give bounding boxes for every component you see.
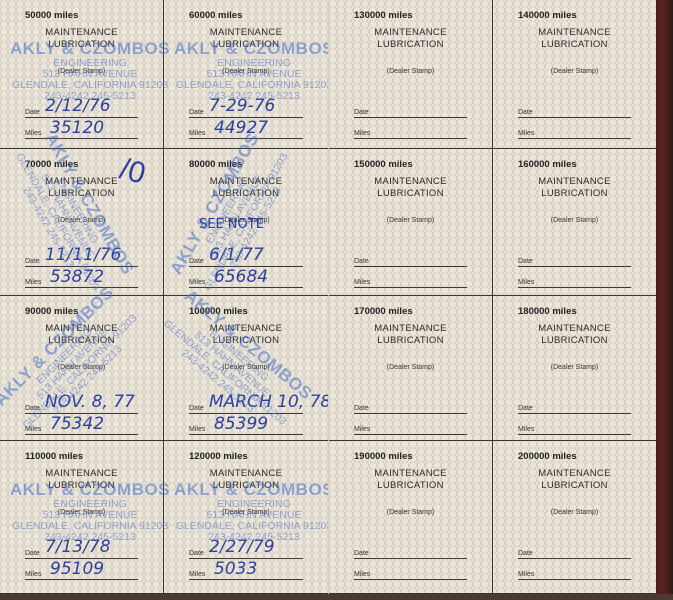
- title-line-2: LUBRICATION: [0, 480, 163, 492]
- service-entry: 90000 miles MAINTENANCE LUBRICATION (Dea…: [0, 296, 164, 441]
- title-line-1: MAINTENANCE: [329, 27, 492, 39]
- miles-label: Miles: [518, 426, 534, 433]
- date-field: Date: [518, 252, 631, 267]
- title-line-2: LUBRICATION: [493, 188, 656, 200]
- handwritten-miles: 65684: [214, 267, 268, 287]
- date-label: Date: [189, 550, 204, 557]
- mileage-heading: 70000 miles: [25, 159, 78, 170]
- title-line-1: MAINTENANCE: [493, 323, 656, 335]
- service-title: MAINTENANCE LUBRICATION: [0, 27, 163, 51]
- miles-label: Miles: [189, 426, 205, 433]
- date-label: Date: [189, 258, 204, 265]
- mileage-heading: 180000 miles: [518, 306, 577, 317]
- service-entry: 120000 miles MAINTENANCE LUBRICATION (De…: [164, 441, 328, 594]
- title-line-1: MAINTENANCE: [329, 176, 492, 188]
- date-label: Date: [354, 258, 369, 265]
- handwritten-date: MARCH 10, 78: [209, 392, 331, 412]
- stamp-line-4: GLENDALE, CALIFORNIA 91203: [174, 80, 334, 91]
- service-title: MAINTENANCE LUBRICATION: [164, 176, 328, 200]
- title-line-2: LUBRICATION: [329, 335, 492, 347]
- service-entry: 110000 miles MAINTENANCE LUBRICATION (De…: [0, 441, 164, 594]
- handwritten-date: 6/1/77: [209, 245, 264, 265]
- dealer-stamp-label: (Dealer Stamp): [164, 68, 328, 75]
- date-label: Date: [25, 109, 40, 116]
- service-entry: 70000 miles MAINTENANCE LUBRICATION (Dea…: [0, 149, 164, 296]
- service-entry: 200000 miles MAINTENANCE LUBRICATION (De…: [493, 441, 657, 594]
- handwritten-date: 11/11/76: [45, 245, 121, 265]
- date-field: Date: [518, 103, 631, 118]
- date-field: Date: [354, 399, 467, 414]
- title-line-2: LUBRICATION: [164, 188, 328, 200]
- dealer-stamp-label: (Dealer Stamp): [493, 68, 656, 75]
- miles-label: Miles: [354, 426, 370, 433]
- handwritten-date: 2/27/79: [209, 537, 275, 557]
- mileage-heading: 60000 miles: [189, 10, 242, 21]
- miles-field: Miles: [354, 420, 467, 435]
- handwritten-date: 7/13/78: [45, 537, 111, 557]
- service-entry: 170000 miles MAINTENANCE LUBRICATION (De…: [329, 296, 493, 441]
- title-line-1: MAINTENANCE: [0, 323, 163, 335]
- service-entry: 100000 miles MAINTENANCE LUBRICATION (De…: [164, 296, 328, 441]
- service-title: MAINTENANCE LUBRICATION: [164, 468, 328, 492]
- title-line-1: MAINTENANCE: [164, 468, 328, 480]
- mileage-heading: 50000 miles: [25, 10, 78, 21]
- stamp-line-4: GLENDALE, CALIFORNIA 91203: [10, 80, 170, 91]
- miles-label: Miles: [518, 571, 534, 578]
- miles-label: Miles: [354, 130, 370, 137]
- service-title: MAINTENANCE LUBRICATION: [493, 176, 656, 200]
- title-line-1: MAINTENANCE: [329, 468, 492, 480]
- right-page-grid: 130000 miles MAINTENANCE LUBRICATION (De…: [329, 0, 657, 594]
- title-line-1: MAINTENANCE: [493, 176, 656, 188]
- date-label: Date: [25, 258, 40, 265]
- dealer-stamp-label: (Dealer Stamp): [0, 68, 163, 75]
- right-page: 130000 miles MAINTENANCE LUBRICATION (De…: [328, 0, 657, 594]
- date-label: Date: [518, 258, 533, 265]
- date-label: Date: [25, 550, 40, 557]
- handwritten-miles: 75342: [50, 414, 104, 434]
- mileage-heading: 110000 miles: [25, 451, 83, 462]
- date-label: Date: [354, 109, 369, 116]
- service-title: MAINTENANCE LUBRICATION: [0, 468, 163, 492]
- service-title: MAINTENANCE LUBRICATION: [493, 468, 656, 492]
- title-line-2: LUBRICATION: [493, 39, 656, 51]
- miles-field: Miles: [354, 273, 467, 288]
- miles-label: Miles: [518, 130, 534, 137]
- left-page: 50000 miles MAINTENANCE LUBRICATION (Dea…: [0, 0, 328, 594]
- miles-label: Miles: [189, 571, 205, 578]
- date-label: Date: [354, 550, 369, 557]
- mileage-heading: 150000 miles: [354, 159, 413, 170]
- dealer-stamp-label: (Dealer Stamp): [329, 509, 492, 516]
- service-entry: 150000 miles MAINTENANCE LUBRICATION (De…: [329, 149, 493, 296]
- service-title: MAINTENANCE LUBRICATION: [493, 27, 656, 51]
- service-entry: 50000 miles MAINTENANCE LUBRICATION (Dea…: [0, 0, 164, 149]
- miles-label: Miles: [354, 571, 370, 578]
- miles-field: Miles: [354, 565, 467, 580]
- date-field: Date: [518, 399, 631, 414]
- title-line-2: LUBRICATION: [493, 335, 656, 347]
- mileage-heading: 120000 miles: [189, 451, 248, 462]
- service-entry: 80000 miles MAINTENANCE LUBRICATION (Dea…: [164, 149, 328, 296]
- mileage-heading: 190000 miles: [354, 451, 413, 462]
- date-label: Date: [25, 405, 40, 412]
- miles-label: Miles: [25, 130, 41, 137]
- date-label: Date: [518, 109, 533, 116]
- miles-field: Miles: [518, 565, 631, 580]
- service-entry: 140000 miles MAINTENANCE LUBRICATION (De…: [493, 0, 657, 149]
- dealer-stamp-label: (Dealer Stamp): [493, 217, 656, 224]
- dealer-stamp-label: (Dealer Stamp): [164, 364, 328, 371]
- service-title: MAINTENANCE LUBRICATION: [329, 27, 492, 51]
- service-title: MAINTENANCE LUBRICATION: [164, 323, 328, 347]
- dealer-stamp-label: (Dealer Stamp): [329, 217, 492, 224]
- date-label: Date: [518, 405, 533, 412]
- handwritten-note: SEE NOTE: [199, 217, 264, 232]
- miles-field: Miles: [354, 124, 467, 139]
- title-line-2: LUBRICATION: [0, 39, 163, 51]
- miles-label: Miles: [354, 279, 370, 286]
- handwritten-miles: 5033: [214, 559, 257, 579]
- service-title: MAINTENANCE LUBRICATION: [493, 323, 656, 347]
- miles-field: Miles: [518, 420, 631, 435]
- service-entry: 60000 miles MAINTENANCE LUBRICATION (Dea…: [164, 0, 328, 149]
- service-entry: 180000 miles MAINTENANCE LUBRICATION (De…: [493, 296, 657, 441]
- date-field: Date: [354, 252, 467, 267]
- dealer-stamp-label: (Dealer Stamp): [0, 364, 163, 371]
- service-entry: 160000 miles MAINTENANCE LUBRICATION (De…: [493, 149, 657, 296]
- service-entry: 130000 miles MAINTENANCE LUBRICATION (De…: [329, 0, 493, 149]
- title-line-2: LUBRICATION: [493, 480, 656, 492]
- miles-label: Miles: [25, 571, 41, 578]
- title-line-2: LUBRICATION: [329, 39, 492, 51]
- dealer-stamp-label: (Dealer Stamp): [493, 364, 656, 371]
- title-line-2: LUBRICATION: [329, 480, 492, 492]
- handwritten-miles: 44927: [214, 118, 268, 138]
- title-line-1: MAINTENANCE: [0, 27, 163, 39]
- booklet-bottom-edge: [0, 594, 673, 600]
- dealer-stamp-label: (Dealer Stamp): [0, 509, 163, 516]
- title-line-1: MAINTENANCE: [329, 323, 492, 335]
- mileage-heading: 170000 miles: [354, 306, 413, 317]
- handwritten-miles: 53872: [50, 267, 104, 287]
- title-line-2: LUBRICATION: [164, 39, 328, 51]
- title-line-1: MAINTENANCE: [493, 468, 656, 480]
- service-title: MAINTENANCE LUBRICATION: [329, 323, 492, 347]
- service-title: MAINTENANCE LUBRICATION: [329, 176, 492, 200]
- service-title: MAINTENANCE LUBRICATION: [0, 323, 163, 347]
- dealer-stamp-label: (Dealer Stamp): [329, 68, 492, 75]
- title-line-1: MAINTENANCE: [0, 468, 163, 480]
- date-label: Date: [354, 405, 369, 412]
- service-entry: 190000 miles MAINTENANCE LUBRICATION (De…: [329, 441, 493, 594]
- handwritten-miles: 95109: [50, 559, 104, 579]
- miles-field: Miles: [518, 124, 631, 139]
- dealer-stamp-label: (Dealer Stamp): [493, 509, 656, 516]
- mileage-heading: 100000 miles: [189, 306, 248, 317]
- title-line-1: MAINTENANCE: [164, 323, 328, 335]
- date-label: Date: [189, 109, 204, 116]
- left-page-grid: 50000 miles MAINTENANCE LUBRICATION (Dea…: [0, 0, 328, 594]
- dealer-stamp-label: (Dealer Stamp): [329, 364, 492, 371]
- title-line-2: LUBRICATION: [329, 188, 492, 200]
- title-line-2: LUBRICATION: [164, 335, 328, 347]
- stamp-line-4: GLENDALE, CALIFORNIA 91203: [174, 521, 334, 532]
- mileage-heading: 160000 miles: [518, 159, 577, 170]
- miles-label: Miles: [518, 279, 534, 286]
- title-line-1: MAINTENANCE: [164, 27, 328, 39]
- booklet-cover-edge: [656, 0, 673, 600]
- handwritten-date: NOV. 8, 77: [45, 392, 135, 412]
- stamp-line-4: GLENDALE, CALIFORNIA 91203: [10, 521, 170, 532]
- date-field: Date: [518, 544, 631, 559]
- mileage-heading: 90000 miles: [25, 306, 78, 317]
- date-field: Date: [354, 103, 467, 118]
- miles-field: Miles: [518, 273, 631, 288]
- date-label: Date: [518, 550, 533, 557]
- title-line-2: LUBRICATION: [164, 480, 328, 492]
- miles-label: Miles: [189, 279, 205, 286]
- date-label: Date: [189, 405, 204, 412]
- title-line-1: MAINTENANCE: [493, 27, 656, 39]
- title-line-2: LUBRICATION: [0, 335, 163, 347]
- mileage-heading: 140000 miles: [518, 10, 577, 21]
- dealer-stamp-label: (Dealer Stamp): [164, 509, 328, 516]
- date-field: Date: [354, 544, 467, 559]
- handwritten-miles: 35120: [50, 118, 104, 138]
- dealer-stamp-label: (Dealer Stamp): [0, 217, 163, 224]
- miles-label: Miles: [189, 130, 205, 137]
- miles-label: Miles: [25, 279, 41, 286]
- mileage-heading: 200000 miles: [518, 451, 577, 462]
- mileage-heading: 80000 miles: [189, 159, 242, 170]
- title-line-1: MAINTENANCE: [164, 176, 328, 188]
- service-title: MAINTENANCE LUBRICATION: [329, 468, 492, 492]
- handwritten-miles: 85399: [214, 414, 268, 434]
- handwritten-date: 7-29-76: [209, 96, 275, 116]
- miles-label: Miles: [25, 426, 41, 433]
- handwritten-date: 2/12/76: [45, 96, 111, 116]
- service-title: MAINTENANCE LUBRICATION: [164, 27, 328, 51]
- mileage-heading: 130000 miles: [354, 10, 413, 21]
